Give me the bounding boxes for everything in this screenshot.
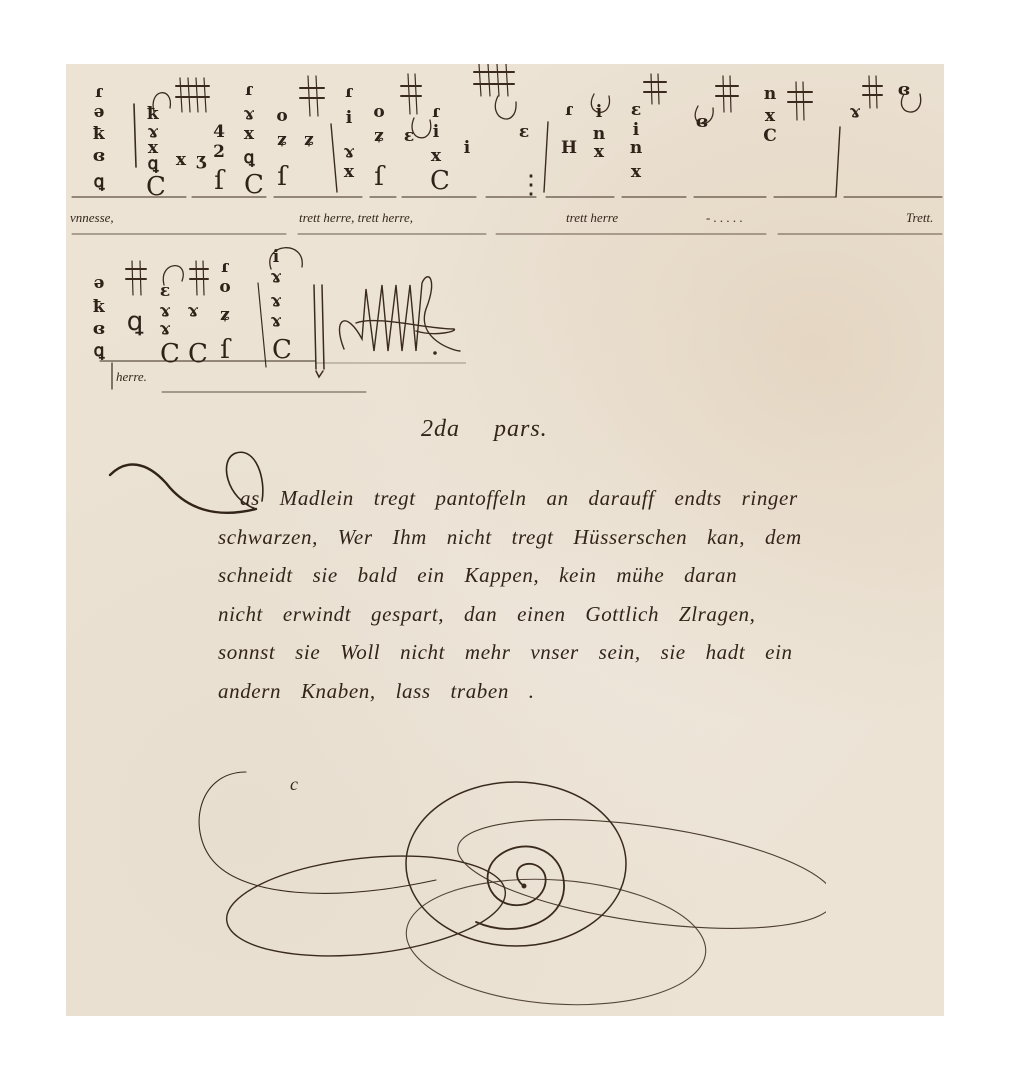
tab-glyph: ɤ (267, 313, 285, 330)
tab-glyph: 4 (210, 124, 228, 141)
tab-glyph: x (761, 108, 779, 125)
verse-line: andern Knaben, lass traben . (218, 672, 928, 711)
tab-glyph: o (273, 108, 291, 125)
verse-line: schwarzen, Wer Ihm nicht tregt Hüssersch… (218, 518, 928, 557)
manuscript-page: ɾ ə ꝁ ɞ ꝗ ꝁ ɤ x ꝗ C x ʒ 4 2 ſ ɾ ɤ x ꝗ C … (66, 64, 944, 1016)
small-mark: c (290, 774, 298, 794)
tablature-system-1: ɾ ə ꝁ ɞ ꝗ ꝁ ɤ x ꝗ C x ʒ 4 2 ſ ɾ ɤ x ꝗ C … (66, 64, 944, 244)
tab-glyph: ɛ (400, 128, 418, 145)
tab-glyph: n (761, 86, 779, 103)
calligraphic-flourish: c (176, 754, 826, 1016)
tab-glyph: C (160, 341, 178, 367)
tab-glyph: ɤ (240, 106, 258, 123)
tab-glyph: ſ (273, 164, 291, 190)
tablature-underlay-text: herre. (116, 369, 147, 385)
tab-glyph: ɞ (90, 148, 108, 165)
tab-glyph: n (627, 140, 645, 157)
tab-glyph: ɾ (560, 102, 578, 119)
tab-glyph: ɞ (693, 114, 711, 131)
tab-glyph: i (458, 140, 476, 157)
tab-glyph: ɾ (240, 82, 258, 99)
tab-glyph: x (627, 164, 645, 181)
tab-glyph: ɤ (184, 303, 202, 320)
tab-glyph: C (244, 172, 262, 198)
tab-glyph: C (430, 168, 448, 194)
tab-glyph: ɞ (895, 82, 913, 99)
tab-glyph: ꝗ (144, 156, 162, 173)
tab-glyph: C (272, 337, 290, 363)
tab-glyph: ʑ (273, 132, 291, 149)
section-heading: 2dapars. (421, 416, 548, 443)
tab-glyph: ɤ (267, 269, 285, 286)
verse-line: nicht erwindt gespart, dan einen Gottlic… (218, 595, 928, 634)
tab-glyph: ʑ (216, 307, 234, 324)
tab-glyph: o (216, 279, 234, 296)
tab-glyph: n (590, 126, 608, 143)
tab-glyph: ə (90, 104, 108, 121)
tab-glyph: ſ (210, 168, 228, 194)
verse-line: schneidt sie bald ein Kappen, kein mühe … (218, 556, 928, 595)
tab-glyph: i (340, 110, 358, 127)
tab-glyph: i (627, 122, 645, 139)
tab-glyph: ɾ (216, 259, 234, 276)
tab-glyph: ꝗ (126, 309, 144, 335)
tab-glyph: i (590, 104, 608, 121)
tablature-underlay-text: Trett. (906, 210, 933, 226)
tab-glyph: C (188, 341, 206, 367)
tab-glyph: ſ (216, 337, 234, 363)
tab-glyph: 2 (210, 144, 228, 161)
tab-glyph: x (172, 152, 190, 169)
tab-glyph: ꝁ (90, 126, 108, 143)
tab-glyph: ɛ (156, 283, 174, 300)
tab-glyph: ɤ (156, 303, 174, 320)
tab-glyph: ɤ (156, 321, 174, 338)
tab-glyph: ʑ (370, 128, 388, 145)
tab-glyph: H (560, 140, 578, 157)
tab-glyph: x (427, 148, 445, 165)
verse-line: as Madlein tregt pantoffeln an darauff e… (218, 479, 928, 518)
tab-glyph: ꝁ (144, 106, 162, 123)
tab-glyph: ɛ (515, 124, 533, 141)
tab-glyph: ʒ (192, 152, 210, 169)
tab-glyph: ɤ (340, 144, 358, 161)
tab-glyph: o (370, 104, 388, 121)
tab-glyph: ɞ (90, 321, 108, 338)
tab-glyph: x (240, 126, 258, 143)
heading-word: pars. (494, 416, 548, 442)
tab-glyph: i (427, 124, 445, 141)
tab-glyph: ɾ (340, 84, 358, 101)
tablature-underlay-text: trett herre (566, 210, 618, 226)
tab-glyph: ſ (370, 164, 388, 190)
verse-paragraph: as Madlein tregt pantoffeln an darauff e… (218, 479, 928, 710)
tab-glyph: x (590, 144, 608, 161)
tab-glyph: ʑ (300, 132, 318, 149)
tab-glyph: ꝗ (90, 174, 108, 191)
tablature-system-2: ə ꝁ ɞ ꝗ ꝗ ɛ ɤ ɤ C ɤ C ɾ o ʑ ſ i ɤ ɤ ɤ C … (66, 239, 466, 399)
tab-glyph: ə (90, 275, 108, 292)
tab-glyph: ꝗ (240, 150, 258, 167)
tab-glyph: ɾ (90, 84, 108, 101)
tab-glyph: ɤ (267, 293, 285, 310)
tab-glyph: x (340, 164, 358, 181)
tab-glyph: ɛ (627, 102, 645, 119)
tablature-underlay-text: vnnesse, (70, 210, 114, 226)
heading-ordinal: 2da (421, 416, 460, 442)
tab-glyph: ꝁ (90, 299, 108, 316)
tab-glyph: ɤ (846, 104, 864, 121)
tab-glyph: C (761, 128, 779, 145)
tab-glyph: i (267, 249, 285, 266)
tab-glyph: C (146, 174, 164, 200)
tablature-underlay-text: trett herre, trett herre, (299, 210, 413, 226)
tab-glyph: ⋮ (518, 172, 536, 198)
verse-line: sonnst sie Woll nicht mehr vnser sein, s… (218, 633, 928, 672)
tablature-underlay-text: - . . . . . (706, 210, 743, 226)
tab-glyph: ɾ (427, 104, 445, 121)
tab-glyph: ꝗ (90, 343, 108, 360)
